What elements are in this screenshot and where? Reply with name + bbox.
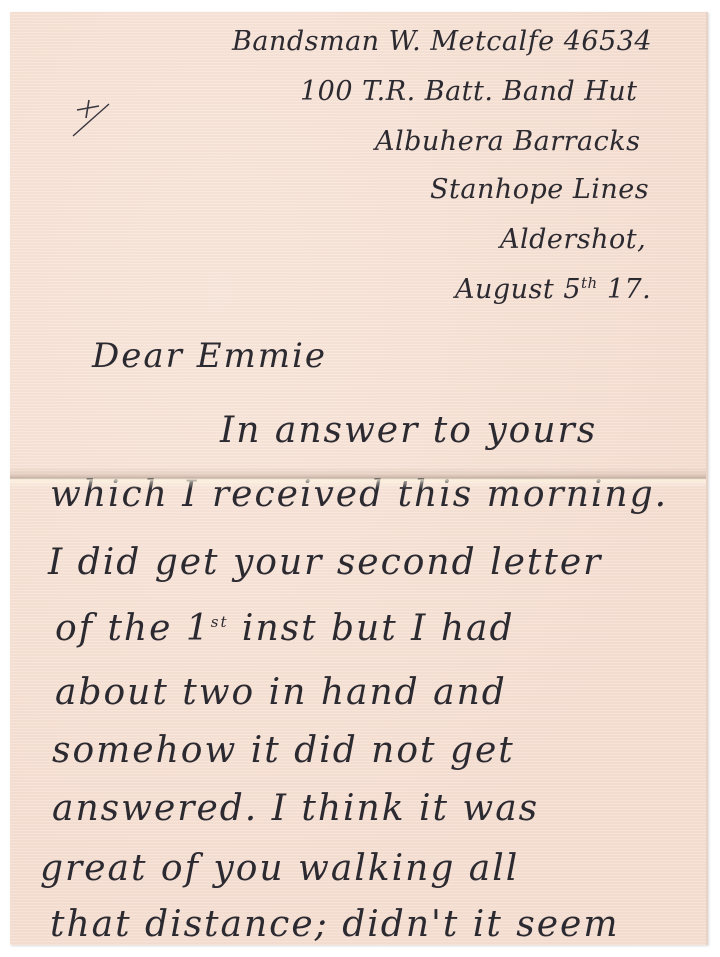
body-line-6: somehow it did not get bbox=[52, 730, 515, 771]
body-line-5: about two in hand and bbox=[55, 672, 507, 713]
body-line-9: that distance; didn't it seem bbox=[50, 904, 619, 945]
letter-date: August 5th 17. bbox=[455, 274, 651, 305]
body-line-1: In answer to yours bbox=[220, 410, 597, 451]
body-line-4-start: of the 1 bbox=[55, 608, 211, 649]
body-line-3: I did get your second letter bbox=[48, 542, 602, 583]
page: Bandsman W. Metcalfe 46534 100 T.R. Batt… bbox=[0, 0, 720, 957]
date-day: August 5 bbox=[455, 274, 581, 305]
address-line-unit: 100 T.R. Batt. Band Hut bbox=[300, 76, 638, 107]
date-year: 17. bbox=[598, 274, 652, 305]
body-line-7: answered. I think it was bbox=[52, 788, 539, 829]
address-line-barracks: Albuhera Barracks bbox=[375, 126, 640, 157]
body-line-4-rest: inst but I had bbox=[228, 608, 514, 649]
ordinal-suffix: st bbox=[211, 613, 229, 631]
address-line-lines: Stanhope Lines bbox=[430, 174, 649, 205]
salutation: Dear Emmie bbox=[92, 336, 327, 376]
date-ordinal: th bbox=[581, 274, 598, 292]
body-line-8: great of you walking all bbox=[40, 848, 519, 889]
address-line-name: Bandsman W. Metcalfe 46534 bbox=[232, 26, 652, 57]
paper-fold-crease bbox=[10, 467, 706, 489]
body-line-4: of the 1st inst but I had bbox=[55, 608, 515, 649]
address-line-town: Aldershot, bbox=[500, 224, 646, 255]
letter-paper: Bandsman W. Metcalfe 46534 100 T.R. Batt… bbox=[10, 12, 708, 945]
corner-tick-mark-icon bbox=[65, 96, 135, 146]
